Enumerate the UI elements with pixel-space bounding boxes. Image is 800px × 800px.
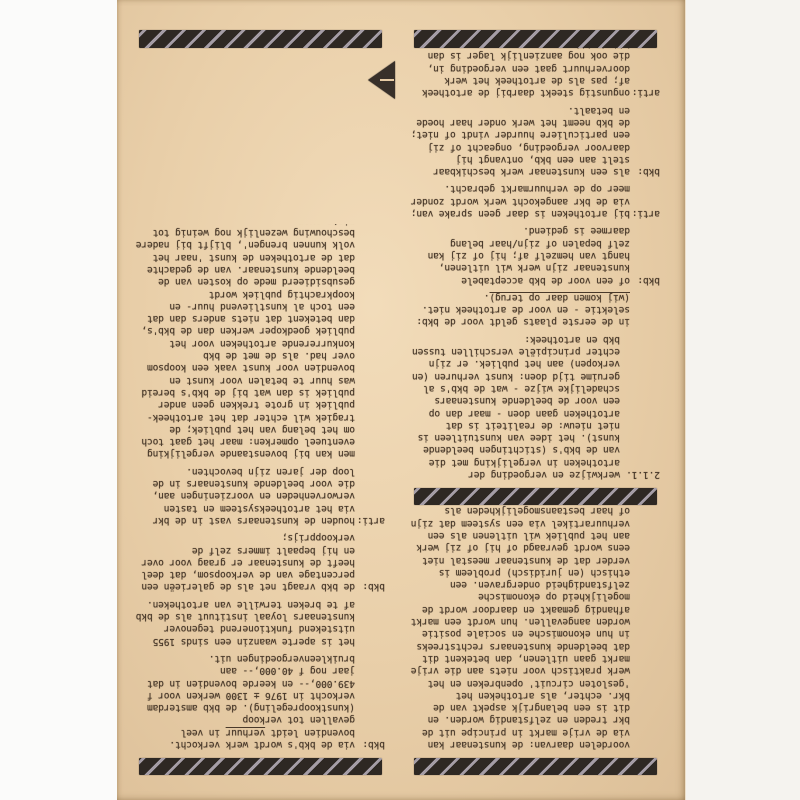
- paragraph-group: voordelen daarvan: de kunstenaar kan via…: [410, 504, 660, 750]
- paragraph: arti:bij artotheken is daar geen sprake …: [410, 182, 660, 219]
- margin-label: bkb:: [638, 165, 660, 177]
- rotated-sheet: voordelen daarvan: de kunstenaar kan via…: [117, 0, 685, 800]
- margin-label: 2.1.1.: [626, 468, 660, 480]
- margin-label: bkb:: [363, 738, 385, 750]
- scan-background: voordelen daarvan: de kunstenaar kan via…: [0, 0, 800, 800]
- paragraph: in de eerste plaats geldt voor de bkb: s…: [410, 291, 660, 328]
- paragraph: arti:ongunstig steekt daarbij de artothe…: [410, 48, 660, 98]
- paragraph: 2.1.1.werkwijze en vergoeding der artoth…: [410, 332, 660, 480]
- hatched-divider-bar: [414, 758, 657, 775]
- margin-label: arti:: [632, 207, 660, 219]
- paragraph-group: bkb:via de bkb's wordt werk verkocht. bo…: [135, 224, 385, 750]
- hatched-divider-bar: [139, 758, 382, 775]
- text-column-right: bkb:via de bkb's wordt werk verkocht. bo…: [135, 0, 385, 800]
- continuation-arrow-icon: [365, 60, 395, 100]
- paragraph: bkb:of een voor de bkb acceptabele kunst…: [410, 224, 660, 285]
- paragraph: bkb:via de bkb's wordt werk verkocht. bo…: [135, 652, 385, 750]
- paragraph: arti:houden de kunstenaars vast in de bk…: [135, 464, 385, 525]
- paragraph: het is aperte waanzin een sinds 1955 uit…: [135, 597, 385, 646]
- margin-label: bkb:: [638, 273, 660, 285]
- margin-label: arti:: [357, 514, 385, 526]
- hatched-divider-bar: [139, 30, 382, 48]
- margin-label: bkb:: [363, 580, 385, 592]
- margin-label: arti:: [632, 86, 660, 98]
- text-column-left: voordelen daarvan: de kunstenaar kan via…: [410, 0, 660, 800]
- paragraph: bkb:als een kunstenaar werk beschikbaar …: [410, 103, 660, 177]
- paragraph: bkb:de bkb vraagt net als de galerieën e…: [135, 531, 385, 592]
- hatched-divider-bar: [414, 30, 657, 48]
- paragraph: men kan bij bovenstaande vergelijking ev…: [135, 224, 385, 459]
- paragraph: voordelen daarvan: de kunstenaar kan via…: [410, 504, 660, 750]
- paragraph-group: 2.1.1.werkwijze en vergoeding der artoth…: [410, 48, 660, 480]
- hatched-divider-bar: [414, 488, 657, 505]
- scanned-page: voordelen daarvan: de kunstenaar kan via…: [117, 0, 685, 800]
- arrow-slit: [380, 79, 394, 81]
